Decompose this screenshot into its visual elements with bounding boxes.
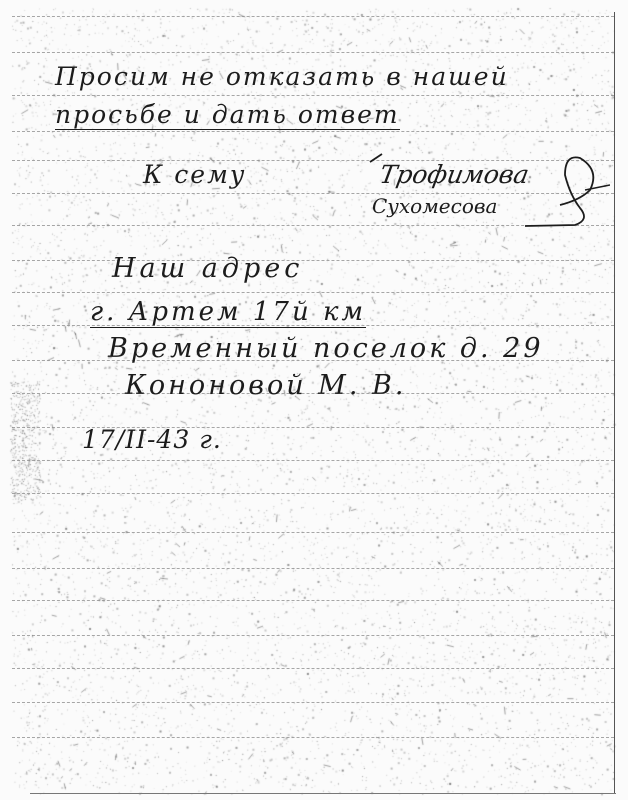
ruled-line (12, 568, 614, 569)
address-line-2: Временный поселок д. 29 (108, 333, 544, 364)
body-line-2-text: просьбе и дать ответ (55, 100, 400, 130)
ruled-line (12, 600, 614, 601)
letter-date: 17/II-43 г. (82, 425, 222, 454)
page-border-right (614, 12, 615, 794)
ruled-line (12, 668, 614, 669)
ruled-line (12, 493, 614, 494)
ruled-line (12, 532, 614, 533)
ruled-line (12, 737, 614, 738)
ruled-line (12, 635, 614, 636)
address-line-1-text: г. Артем 17й км (90, 297, 366, 328)
ruled-line (12, 702, 614, 703)
ruled-line (12, 95, 614, 96)
ruled-line (12, 460, 614, 461)
page-border-bottom (30, 793, 616, 794)
address-line-3: Кононовой М. В. (125, 370, 406, 401)
ruled-line (12, 52, 614, 53)
document-page: Просим не отказать в нашей просьбе и дат… (0, 0, 628, 800)
ruled-line (12, 260, 614, 261)
ruled-line (12, 131, 614, 132)
address-line-1: г. Артем 17й км (90, 297, 366, 327)
ruled-line (12, 16, 614, 17)
signature-flourish (350, 150, 610, 230)
closing-prefix: К сему (143, 160, 246, 189)
ruled-line (12, 292, 614, 293)
body-line-2: просьбе и дать ответ (55, 100, 400, 129)
body-line-1: Просим не отказать в нашей (55, 62, 509, 91)
address-title: Наш адрес (112, 253, 303, 284)
